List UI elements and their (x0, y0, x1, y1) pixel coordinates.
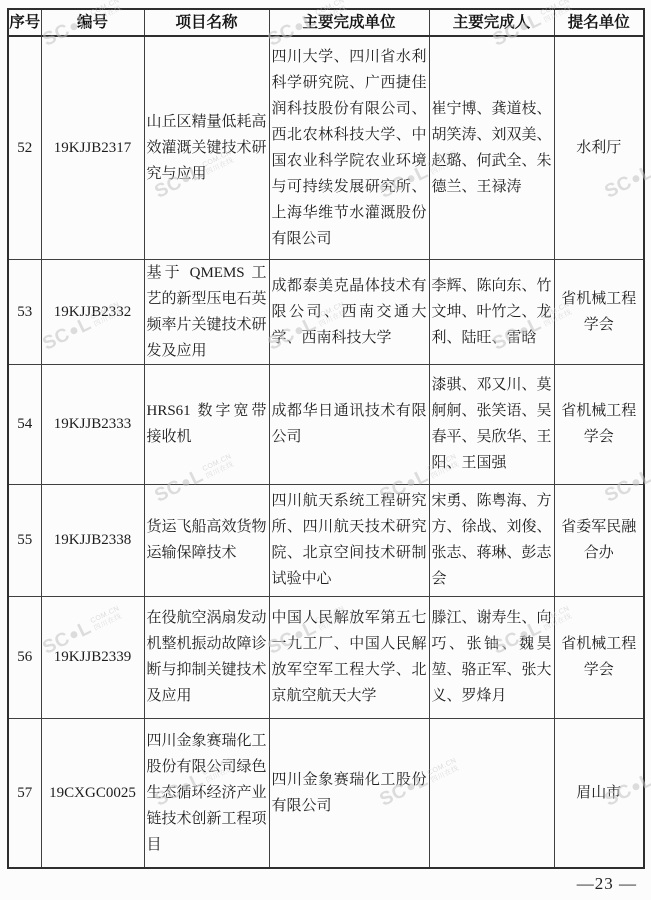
cell-units: 四川大学、四川省水利科学研究院、广西捷佳润科技股份有限公司、西北农林科技大学、中… (269, 36, 429, 259)
cell-code: 19CXGC0025 (41, 718, 144, 868)
column-header-units: 主要完成单位 (269, 9, 429, 36)
cell-nominator: 省机械工程学会 (554, 596, 644, 718)
cell-project-name: 四川金象赛瑞化工股份有限公司绿色生态循环经济产业链技术创新工程项目 (144, 718, 269, 868)
cell-units: 四川金象赛瑞化工股份有限公司 (269, 718, 429, 868)
column-header-nominator: 提名单位 (554, 9, 644, 36)
cell-project-name: 基于 QMEMS 工艺的新型压电石英频率片关键技术研发及应用 (144, 259, 269, 364)
cell-nominator: 省机械工程学会 (554, 259, 644, 364)
table-row: 57 19CXGC0025 四川金象赛瑞化工股份有限公司绿色生态循环经济产业链技… (8, 718, 644, 868)
cell-project-name: 山丘区精量低耗高效灌溉关键技术研究与应用 (144, 36, 269, 259)
column-header-people: 主要完成人 (429, 9, 554, 36)
cell-code: 19KJJB2317 (41, 36, 144, 259)
column-header-code: 编号 (41, 9, 144, 36)
cell-people: 宋勇、陈粤海、方方、徐战、刘俊、张志、蒋琳、彭志会 (429, 484, 554, 596)
cell-seq: 52 (8, 36, 41, 259)
table-row: 52 19KJJB2317 山丘区精量低耗高效灌溉关键技术研究与应用 四川大学、… (8, 36, 644, 259)
cell-people: 崔宁博、龚道枝、胡笑涛、刘双美、赵璐、何武全、朱德兰、王禄涛 (429, 36, 554, 259)
column-header-name: 项目名称 (144, 9, 269, 36)
table-header-row: 序号 编号 项目名称 主要完成单位 主要完成人 提名单位 (8, 9, 644, 36)
cell-people: 李辉、陈向东、竹文坤、叶竹之、龙利、陆旺、雷晗 (429, 259, 554, 364)
cell-seq: 54 (8, 364, 41, 484)
cell-units: 四川航天系统工程研究所、四川航天技术研究院、北京空间技术研制试验中心 (269, 484, 429, 596)
cell-seq: 53 (8, 259, 41, 364)
cell-units: 成都泰美克晶体技术有限公司、西南交通大学、西南科技大学 (269, 259, 429, 364)
cell-nominator: 省委军民融合办 (554, 484, 644, 596)
cell-units: 成都华日通讯技术有限公司 (269, 364, 429, 484)
cell-code: 19KJJB2332 (41, 259, 144, 364)
table-row: 53 19KJJB2332 基于 QMEMS 工艺的新型压电石英频率片关键技术研… (8, 259, 644, 364)
projects-table: 序号 编号 项目名称 主要完成单位 主要完成人 提名单位 52 19KJJB23… (7, 8, 645, 869)
cell-nominator: 省机械工程学会 (554, 364, 644, 484)
cell-nominator: 眉山市 (554, 718, 644, 868)
cell-nominator: 水利厅 (554, 36, 644, 259)
cell-project-name: HRS61 数字宽带接收机 (144, 364, 269, 484)
cell-project-name: 在役航空涡扇发动机整机振动故障诊断与抑制关键技术及应用 (144, 596, 269, 718)
cell-seq: 57 (8, 718, 41, 868)
cell-people: 漆骐、邓又川、莫舸舸、张笑语、吴春平、吴欣华、王阳、王国强 (429, 364, 554, 484)
document-page: 序号 编号 项目名称 主要完成单位 主要完成人 提名单位 52 19KJJB23… (0, 0, 651, 900)
table-row: 55 19KJJB2338 货运飞船高效货物运输保障技术 四川航天系统工程研究所… (8, 484, 644, 596)
cell-project-name: 货运飞船高效货物运输保障技术 (144, 484, 269, 596)
cell-code: 19KJJB2333 (41, 364, 144, 484)
page-number: —23 — (577, 874, 637, 894)
cell-people (429, 718, 554, 868)
cell-people: 滕江、谢寿生、向巧、张铀、魏昊堃、骆正军、张大义、罗烽月 (429, 596, 554, 718)
column-header-seq: 序号 (8, 9, 41, 36)
cell-units: 中国人民解放军第五七一九工厂、中国人民解放军空军工程大学、北京航空航天大学 (269, 596, 429, 718)
cell-code: 19KJJB2339 (41, 596, 144, 718)
cell-seq: 55 (8, 484, 41, 596)
cell-code: 19KJJB2338 (41, 484, 144, 596)
table-row: 56 19KJJB2339 在役航空涡扇发动机整机振动故障诊断与抑制关键技术及应… (8, 596, 644, 718)
table-row: 54 19KJJB2333 HRS61 数字宽带接收机 成都华日通讯技术有限公司… (8, 364, 644, 484)
cell-seq: 56 (8, 596, 41, 718)
